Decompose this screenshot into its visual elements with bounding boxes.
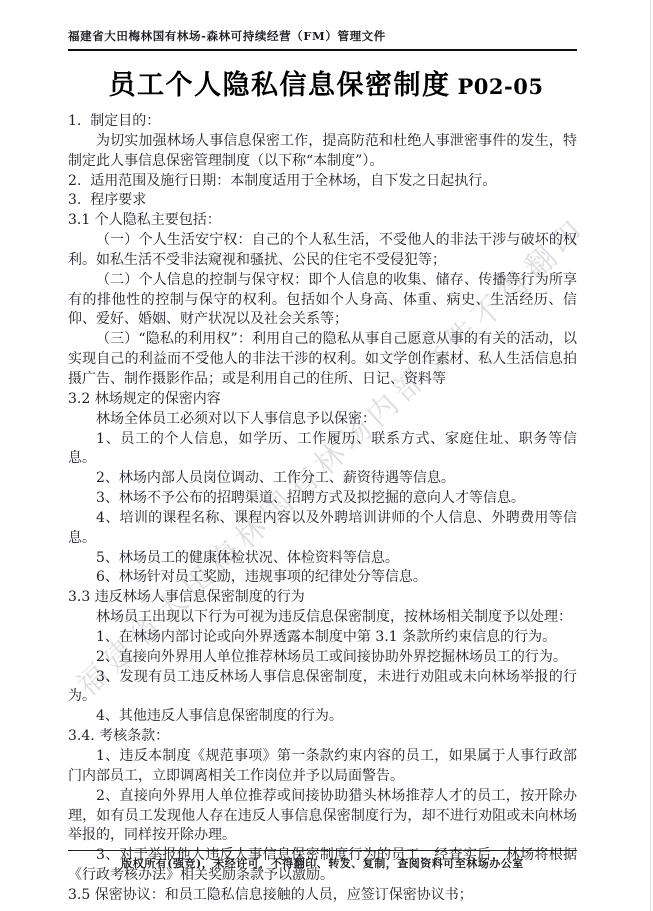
body-paragraph: 6、林场针对员工奖励，违规事项的纪律处分等信息。 <box>68 568 577 588</box>
body-paragraph: （一）个人生活安宁权：自己的个人私生活，不受他人的非法干涉与破坏的权利。如私生活… <box>68 231 577 271</box>
section-heading: 3.1 个人隐私主要包括： <box>68 211 577 231</box>
body-paragraph: （三）“隐私的利用权”：利用自己的隐私从事自己愿意从事的有关的活动，以实现自己的… <box>68 330 577 390</box>
document-header: 福建省大田梅林国有林场-森林可持续经营（FM）管理文件 <box>68 28 577 51</box>
body-paragraph: 5、林场员工的健康体检状况、体检资料等信息。 <box>68 549 577 569</box>
body-paragraph: 1、员工的个人信息，如学历、工作履历、联系方式、家庭住址、职务等信息。 <box>68 430 577 470</box>
body-paragraph: 2、直接向外界用人单位推荐或间接协助猎头林场推荐人才的员工，按开除办理，如有员工… <box>68 787 577 847</box>
body-paragraph: （二）个人信息的控制与保守权：即个人信息的收集、储存、传播等行为所享有的排他性的… <box>68 271 577 331</box>
body-paragraph: 3、林场不予公布的招聘渠道、招聘方式及拟挖掘的意向人才等信息。 <box>68 489 577 509</box>
body-paragraph: 4、培训的课程名称、课程内容以及外聘培训讲师的个人信息、外聘费用等信息。 <box>68 509 577 549</box>
body-paragraph: 3、发现有员工违反林场人事信息保密制度，未进行劝阻或未向林场举报的行为。 <box>68 668 577 708</box>
body-paragraph: 林场员工出现以下行为可视为违反信息保密制度，按林场相关制度予以处理： <box>68 608 577 628</box>
section-heading: 3.4. 考核条款： <box>68 727 577 747</box>
section-heading: 3.2 林场规定的保密内容 <box>68 390 577 410</box>
section-heading: 3.5 保密协议：和员工隐私信息接触的人员，应签订保密协议书； <box>68 886 577 906</box>
body-paragraph: 1、在林场内部讨论或向外界透露本制度中第 3.1 条款所约束信息的行为。 <box>68 628 577 648</box>
body-paragraph: 2、林场内部人员岗位调动、工作分工、薪资待遇等信息。 <box>68 469 577 489</box>
document-page: 福建省大田梅林国有林场内部文件不得翻印 福建省大田梅林国有林场-森林可持续经营（… <box>0 0 653 911</box>
section-heading: 1. 制定目的： <box>68 112 577 132</box>
body-paragraph: 1、违反本制度《规范事项》第一条款约束内容的员工，如果属于人事行政部门内部员工，… <box>68 747 577 787</box>
body-paragraph: 林场全体员工必须对以下人事信息予以保密： <box>68 410 577 430</box>
doc-code: P02-05 <box>458 74 544 99</box>
body-paragraph: 4、其他违反人事信息保密制度的行为。 <box>68 707 577 727</box>
section-heading: 2. 适用范围及施行日期：本制度适用于全林场，自下发之日起执行。 <box>68 172 577 192</box>
body-paragraph: 2、直接向外界用人单位推荐林场员工或间接协助外界挖掘林场员工的行为。 <box>68 648 577 668</box>
body-paragraph: 为切实加强林场人事信息保密工作，提高防范和杜绝人事泄密事件的发生，特制定此人事信… <box>68 132 577 172</box>
document-title: 员工个人隐私信息保密制度P02-05 <box>68 63 584 102</box>
title-text: 员工个人隐私信息保密制度 <box>109 70 451 101</box>
section-heading: 3.3 违反林场人事信息保密制度的行为 <box>68 588 577 608</box>
section-heading: 3. 程序要求 <box>68 191 577 211</box>
document-footer: 版权所有(强竞)，未经许可，不得翻印、转发、复制，查阅资料可至林场办公室 <box>68 850 577 871</box>
document-body: 1. 制定目的：为切实加强林场人事信息保密工作，提高防范和杜绝人事泄密事件的发生… <box>68 112 577 906</box>
